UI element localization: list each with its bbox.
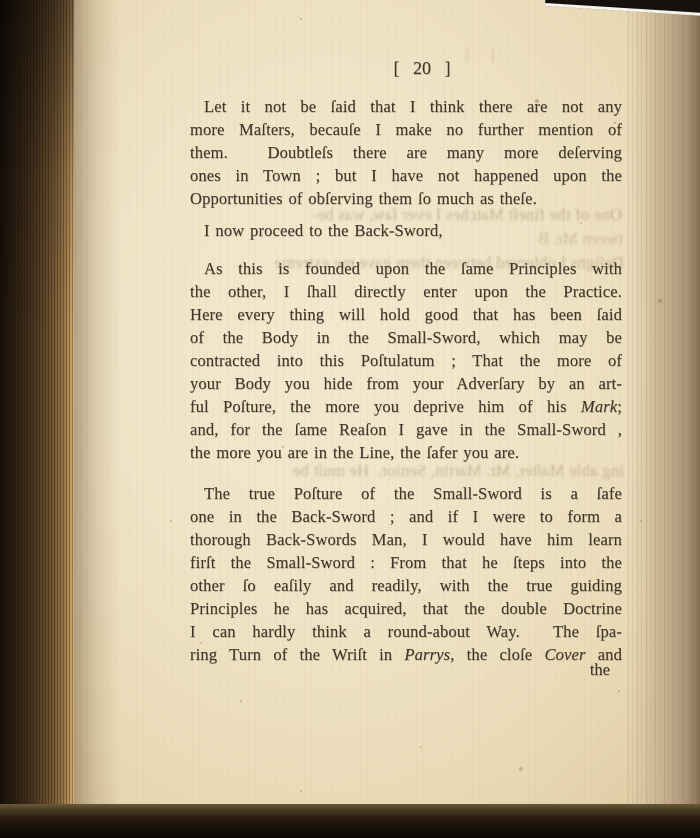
body-text: contracted into this Poſtulatum ; That t…	[190, 351, 622, 370]
body-text: more Maſters, becauſe I make no further …	[190, 120, 622, 139]
text-line: the other, I ſhall directly enter upon t…	[190, 280, 622, 303]
body-text: Here every thing will hold good that has…	[190, 305, 622, 324]
body-text: ;	[617, 397, 622, 416]
body-text: other ſo eaſily and readily, with the tr…	[190, 576, 622, 595]
body-text: the other, I ſhall directly enter upon t…	[190, 282, 622, 301]
book-binding-left	[0, 0, 74, 838]
body-text: I now proceed to the Back-Sword,	[204, 221, 443, 240]
bottom-edge	[0, 804, 700, 838]
body-text: The true Poſture of the Small-Sword is a…	[204, 484, 622, 503]
paragraph: I now proceed to the Back-Sword,	[190, 219, 622, 242]
text-line: ones in Town ; but I have not happened u…	[190, 164, 622, 187]
body-text: firſt the Small-Sword : From that he ſte…	[190, 553, 622, 572]
body-text: one in the Back-Sword ; and if I were to…	[190, 507, 622, 526]
text-line: contracted into this Poſtulatum ; That t…	[190, 349, 622, 372]
text-line: As this is founded upon the ſame Princip…	[190, 257, 622, 280]
body-text: them. Doubtleſs there are many more deſe…	[190, 143, 622, 162]
text-line: thorough Back-Swords Man, I would have h…	[190, 528, 622, 551]
text-line: of the Body in the Small-Sword, which ma…	[190, 326, 622, 349]
text-line: Principles he has acquired, that the dou…	[190, 597, 622, 620]
text-line: Opportunities of obſerving them ſo much …	[190, 187, 622, 210]
paragraph: Let it not be ſaid that I think there ar…	[190, 95, 622, 210]
body-text: ones in Town ; but I have not happened u…	[190, 166, 622, 185]
text-line: firſt the Small-Sword : From that he ſte…	[190, 551, 622, 574]
text-line: Let it not be ſaid that I think there ar…	[190, 95, 622, 118]
text-line: them. Doubtleſs there are many more deſe…	[190, 141, 622, 164]
body-text: I can hardly think a round-about Way. Th…	[190, 622, 622, 641]
body-text: of the Body in the Small-Sword, which ma…	[190, 328, 622, 347]
body-text: As this is founded upon the ſame Princip…	[204, 259, 622, 278]
text-line: one in the Back-Sword ; and if I were to…	[190, 505, 622, 528]
text-line: I can hardly think a round-about Way. Th…	[190, 620, 622, 643]
body-text: Opportunities of obſerving them ſo much …	[190, 189, 537, 208]
page-number: [ 20 ]	[190, 58, 622, 79]
body-text: and, for the ſame Reaſon I gave in the S…	[190, 420, 622, 439]
body-text: thorough Back-Swords Man, I would have h…	[190, 530, 622, 549]
text-line: The true Poſture of the Small-Sword is a…	[190, 482, 622, 505]
book-scan: [ ] One of the fineſt Matches I ever ſaw…	[0, 0, 700, 838]
text-line: your Body you hide from your Adverſary b…	[190, 372, 622, 395]
body-text: your Body you hide from your Adverſary b…	[190, 374, 622, 393]
text-line: I now proceed to the Back-Sword,	[190, 219, 622, 242]
italic-text: Mark	[581, 397, 617, 416]
text-block: Let it not be ſaid that I think there ar…	[190, 95, 622, 666]
body-text: Let it not be ſaid that I think there ar…	[204, 97, 622, 116]
paragraph: As this is founded upon the ſame Princip…	[190, 257, 622, 464]
text-line: Here every thing will hold good that has…	[190, 303, 622, 326]
catchword: the	[190, 660, 610, 680]
text-line: the more you are in the Line, the ſafer …	[190, 441, 622, 464]
body-text: the more you are in the Line, the ſafer …	[190, 443, 519, 462]
text-line: ful Poſture, the more you deprive him of…	[190, 395, 622, 418]
text-line: more Maſters, becauſe I make no further …	[190, 118, 622, 141]
paragraph: The true Poſture of the Small-Sword is a…	[190, 482, 622, 666]
text-line: and, for the ſame Reaſon I gave in the S…	[190, 418, 622, 441]
body-text: Principles he has acquired, that the dou…	[190, 599, 622, 618]
body-text: ful Poſture, the more you deprive him of…	[190, 397, 581, 416]
text-line: other ſo eaſily and readily, with the tr…	[190, 574, 622, 597]
